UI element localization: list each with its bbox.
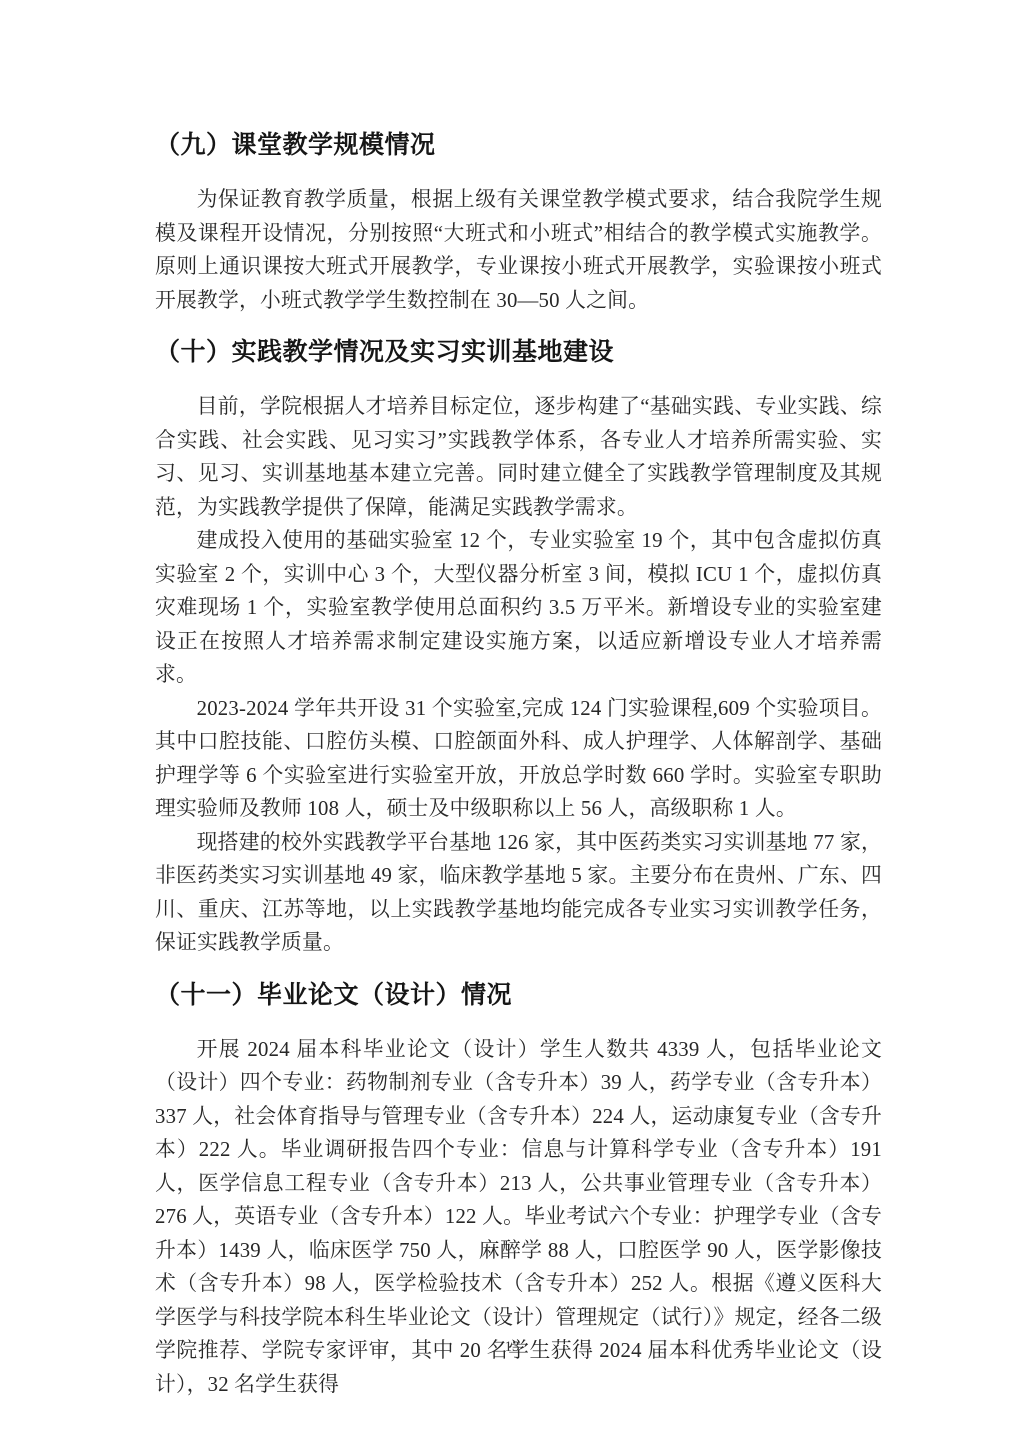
section-heading-11: （十一）毕业论文（设计）情况 bbox=[155, 977, 882, 1013]
page-number: 13 bbox=[505, 1339, 520, 1355]
document-page: （九）课堂教学规模情况 为保证教育教学质量，根据上级有关课堂教学模式要求，结合我… bbox=[155, 127, 882, 1401]
section-heading-9: （九）课堂教学规模情况 bbox=[155, 127, 882, 163]
paragraph-off-campus-bases: 现搭建的校外实践教学平台基地 126 家，其中医药类实习实训基地 77 家，非医… bbox=[155, 826, 882, 960]
section-heading-10: （十）实践教学情况及实习实训基地建设 bbox=[155, 334, 882, 370]
paragraph-practice-system: 目前，学院根据人才培养目标定位，逐步构建了“基础实践、专业实践、综合实践、社会实… bbox=[155, 390, 882, 524]
page-footer: 13 bbox=[0, 1338, 1024, 1356]
paragraph-class-teaching-scale: 为保证教育教学质量，根据上级有关课堂教学模式要求，结合我院学生规模及课程开设情况… bbox=[155, 183, 882, 317]
paragraph-lab-courses: 2023-2024 学年共开设 31 个实验室,完成 124 门实验课程,609… bbox=[155, 692, 882, 826]
paragraph-laboratories: 建成投入使用的基础实验室 12 个，专业实验室 19 个，其中包含虚拟仿真实验室… bbox=[155, 524, 882, 692]
